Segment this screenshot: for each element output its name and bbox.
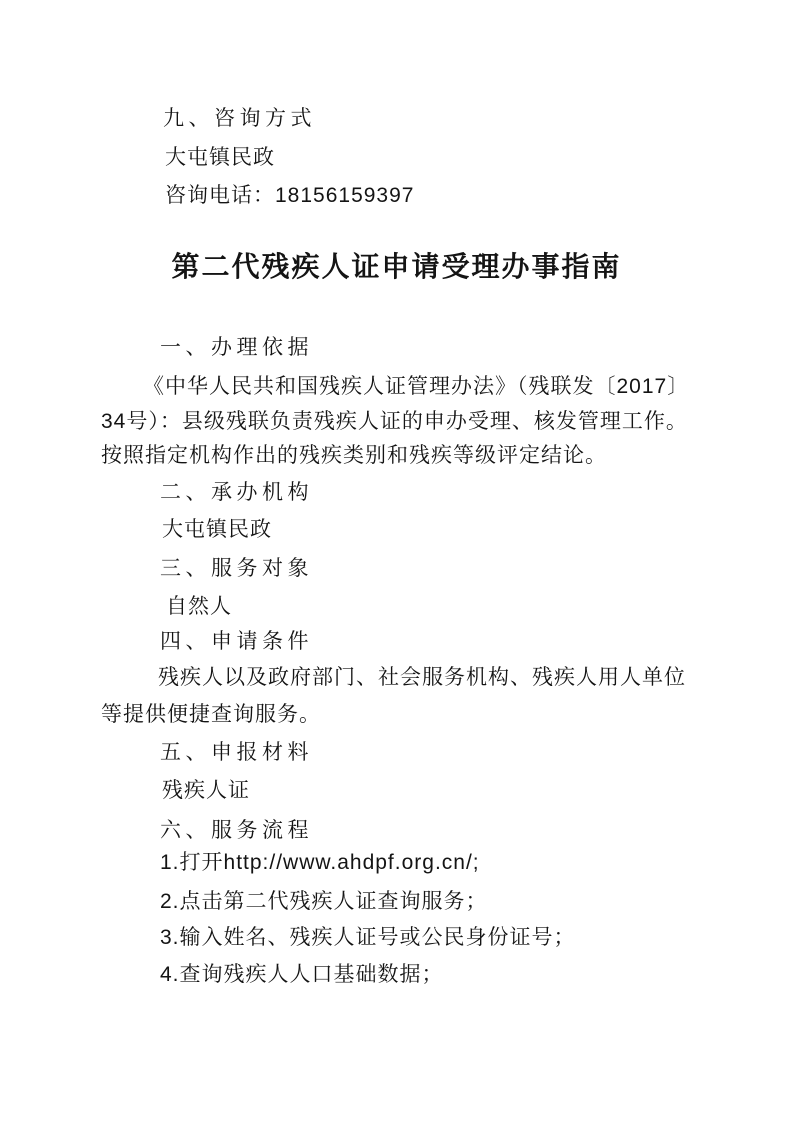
body-line: 按照指定机构作出的残疾类别和残疾等级评定结论。: [101, 444, 607, 468]
phone-number-line: 咨询电话：18156159397: [165, 184, 414, 208]
section-heading-basis: 一、办理依据: [160, 336, 313, 360]
process-step-line: 2.点击第二代残疾人证查询服务；: [160, 890, 488, 914]
body-line: 残疾人证: [162, 779, 250, 803]
section-heading-conditions: 四、申请条件: [160, 630, 313, 654]
section-heading-process: 六、服务流程: [160, 819, 313, 843]
section-heading-materials: 五、申报材料: [160, 741, 313, 765]
agency-name-line: 大屯镇民政: [165, 146, 275, 170]
document-title: 第二代残疾人证申请受理办事指南: [0, 251, 793, 283]
process-step-line: 1.打开http://www.ahdpf.org.cn/;: [160, 851, 480, 875]
section-heading-consultation: 九、咨询方式: [163, 107, 316, 131]
body-line: 大屯镇民政: [162, 518, 272, 542]
body-line: 34号）：县级残联负责残疾人证的申办受理、核发管理工作。: [101, 410, 688, 434]
process-step-line: 3.输入姓名、残疾人证号或公民身份证号；: [160, 926, 576, 950]
section-heading-service-target: 三、服务对象: [160, 557, 313, 581]
document-page: 九、咨询方式 大屯镇民政 咨询电话：18156159397 第二代残疾人证申请受…: [0, 0, 793, 1122]
process-step-line: 4.查询残疾人人口基础数据；: [160, 963, 444, 987]
body-line: 自然人: [166, 595, 232, 619]
body-line: 《中华人民共和国残疾人证管理办法》（残联发〔2017〕: [143, 375, 689, 399]
body-line: 等提供便捷查询服务。: [101, 703, 321, 727]
body-line: 残疾人以及政府部门、社会服务机构、残疾人用人单位: [158, 666, 686, 690]
section-heading-agency: 二、承办机构: [160, 481, 313, 505]
